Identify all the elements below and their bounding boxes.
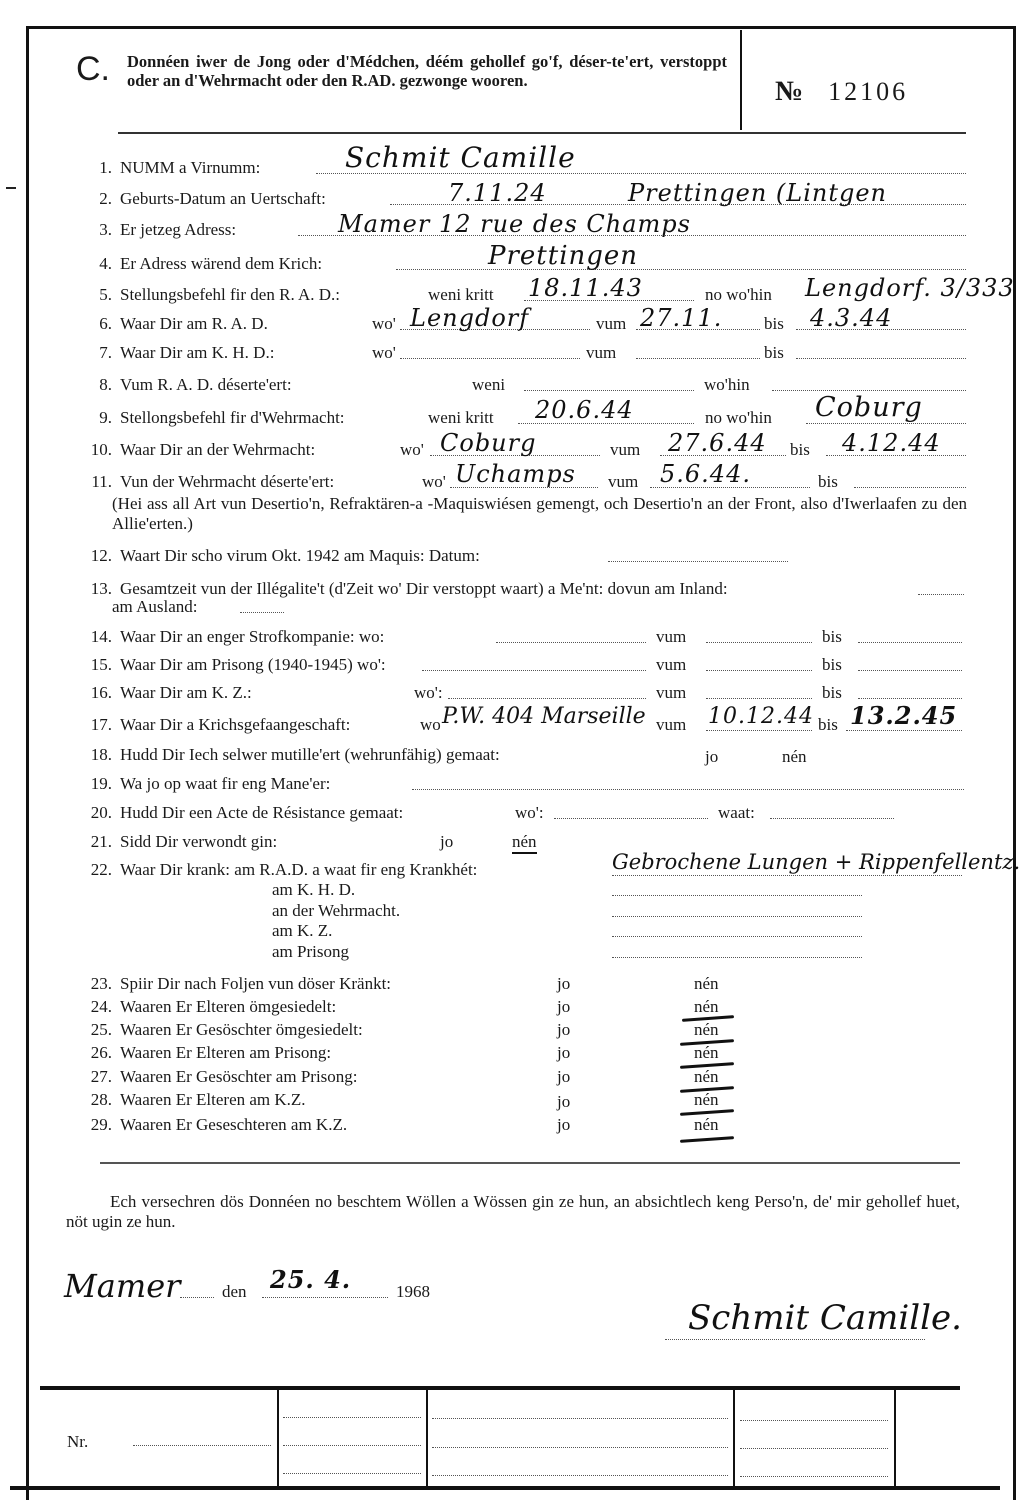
answer-rad-to[interactable]: 4.3.44 xyxy=(810,306,892,330)
from-label: vum xyxy=(608,472,638,492)
answer-line[interactable] xyxy=(612,894,862,896)
answer-wehrmacht-order-date[interactable]: 20.6.44 xyxy=(535,398,634,422)
from-label: vum xyxy=(656,627,686,647)
option-no-selected[interactable]: nén xyxy=(694,1090,719,1110)
table-cell-line[interactable] xyxy=(432,1417,728,1419)
from-label: vum xyxy=(656,683,686,703)
answer-line[interactable] xyxy=(608,560,788,562)
question-11: 11.Vun der Wehrmacht déserte'ert: xyxy=(76,472,334,492)
signature-line xyxy=(665,1338,925,1340)
when-label: weni xyxy=(472,375,505,395)
answer-line[interactable] xyxy=(858,641,962,643)
question-7: 7.Waar Dir am K. H. D.: xyxy=(76,343,274,363)
answer-current-address[interactable]: Mamer 12 rue des Champs xyxy=(338,212,691,236)
to-label: bis xyxy=(822,627,842,647)
answer-pow-from[interactable]: 10.12.44 xyxy=(708,705,814,729)
margin-mark xyxy=(6,187,16,189)
from-label: vum xyxy=(586,343,616,363)
nr-field-line[interactable] xyxy=(133,1444,271,1446)
answer-line[interactable] xyxy=(554,817,708,819)
option-no-selected[interactable]: nén xyxy=(512,832,537,854)
question-29: 29.Waaren Er Geseschteren am K.Z. xyxy=(76,1115,347,1135)
answer-pow-place[interactable]: P.W. 404 Marseille xyxy=(442,705,646,729)
answer-war-address[interactable]: Prettingen xyxy=(488,244,638,268)
to-label: bis xyxy=(818,472,838,492)
answer-name[interactable]: Schmit Camille xyxy=(345,146,576,170)
header-rule xyxy=(118,132,966,134)
question-22: 22.Waar Dir krank: am R.A.D. a waat fir … xyxy=(76,860,477,880)
answer-wehrmacht-to[interactable]: 4.12.44 xyxy=(842,431,941,455)
question-17: 17.Waar Dir a Krichsgefaangeschaft: xyxy=(76,715,350,735)
answer-line[interactable] xyxy=(796,357,966,359)
from-label: vum xyxy=(610,440,640,460)
declaration-place[interactable]: Mamer xyxy=(64,1274,180,1298)
declaration-date[interactable]: 25. 4. xyxy=(270,1268,351,1292)
option-yes[interactable]: jo xyxy=(557,1115,570,1135)
where-label: no wo'hin xyxy=(705,408,772,428)
question-6: 6.Waar Dir am R. A. D. xyxy=(76,314,268,334)
where-label: wo' xyxy=(400,440,424,460)
from-label: vum xyxy=(596,314,626,334)
table-cell-line[interactable] xyxy=(740,1419,888,1421)
section-divider xyxy=(100,1162,960,1164)
option-yes[interactable]: jo xyxy=(557,1043,570,1063)
answer-rad-order-date[interactable]: 18.11.43 xyxy=(528,276,643,300)
answer-line[interactable] xyxy=(770,817,894,819)
declaration-year: 1968 xyxy=(396,1282,430,1302)
answer-rad-order-place[interactable]: Lengdorf. 3/333 xyxy=(805,276,1015,300)
table-top-rule xyxy=(40,1386,960,1390)
from-label: vum xyxy=(656,655,686,675)
question-8: 8.Vum R. A. D. déserte'ert: xyxy=(76,375,292,395)
question-3: 3.Er jetzeg Adress: xyxy=(76,220,236,240)
option-yes[interactable]: jo xyxy=(705,747,718,767)
answer-line xyxy=(180,1296,214,1298)
answer-rad-from[interactable]: 27.11. xyxy=(640,306,722,330)
where-label: wo' xyxy=(372,343,396,363)
abroad-label: am Ausland: xyxy=(112,597,197,617)
table-cell-line[interactable] xyxy=(283,1416,421,1418)
answer-line[interactable] xyxy=(706,669,812,671)
when-label: weni kritt xyxy=(428,285,494,305)
to-label: bis xyxy=(764,343,784,363)
where-label: wo': xyxy=(414,683,443,703)
option-yes[interactable]: jo xyxy=(557,974,570,994)
question-1: 1.NUMM a Virnumm: xyxy=(76,158,260,178)
answer-wehrmacht-from[interactable]: 27.6.44 xyxy=(668,431,767,455)
option-yes[interactable]: jo xyxy=(557,1092,570,1112)
answer-line xyxy=(706,729,812,731)
question-28: 28.Waaren Er Elteren am K.Z. xyxy=(76,1090,306,1110)
when-label: weni kritt xyxy=(428,408,494,428)
answer-line[interactable] xyxy=(706,697,812,699)
where-label: wo'hin xyxy=(704,375,750,395)
question-26: 26.Waaren Er Elteren am Prisong: xyxy=(76,1043,331,1063)
answer-line[interactable] xyxy=(918,593,964,595)
question-20: 20.Hudd Dir een Acte de Résistance gemaa… xyxy=(76,803,403,823)
option-yes[interactable]: jo xyxy=(557,997,570,1017)
illness-prison-label: am Prisong xyxy=(272,942,349,962)
to-label: bis xyxy=(818,715,838,735)
answer-birth-date[interactable]: 7.11.24 xyxy=(448,181,547,205)
illness-wehrmacht-label: an der Wehrmacht. xyxy=(272,901,400,921)
answer-line[interactable] xyxy=(612,935,862,937)
question-12: 12.Waart Dir scho virum Okt. 1942 am Maq… xyxy=(76,546,480,566)
date-label: den xyxy=(222,1282,247,1302)
option-yes[interactable]: jo xyxy=(557,1067,570,1087)
table-divider xyxy=(733,1390,735,1486)
answer-line[interactable] xyxy=(636,357,760,359)
question-5: 5.Stellungsbefehl fir den R. A. D.: xyxy=(76,285,340,305)
question-16: 16.Waar Dir am K. Z.: xyxy=(76,683,252,703)
answer-line[interactable] xyxy=(496,641,646,643)
answer-line[interactable] xyxy=(854,486,966,488)
answer-line[interactable] xyxy=(612,915,862,917)
option-no-selected[interactable]: nén xyxy=(694,997,719,1017)
where-label: wo' xyxy=(372,314,396,334)
question-24: 24.Waaren Er Elteren ömgesiedelt: xyxy=(76,997,336,1017)
to-label: bis xyxy=(764,314,784,334)
answer-desertion-from[interactable]: 5.6.44. xyxy=(660,462,751,486)
section-letter: C. xyxy=(76,52,110,86)
answer-line xyxy=(612,874,962,876)
table-cell-line[interactable] xyxy=(740,1475,888,1477)
answer-line xyxy=(262,1296,388,1298)
answer-line[interactable] xyxy=(448,697,646,699)
option-yes[interactable]: jo xyxy=(557,1020,570,1040)
nr-label: Nr. xyxy=(67,1432,88,1452)
where-label: wo': xyxy=(515,803,544,823)
table-cell-line[interactable] xyxy=(432,1446,728,1448)
question-9: 9.Stellongsbefehl fir d'Wehrmacht: xyxy=(76,408,345,428)
question-27: 27.Waaren Er Gesöschter am Prisong: xyxy=(76,1067,358,1087)
option-no[interactable]: nén xyxy=(782,747,807,767)
answer-line[interactable] xyxy=(400,357,580,359)
question-13: 13.Gesamtzeit vun der Illégalite't (d'Ze… xyxy=(76,579,728,599)
answer-line[interactable] xyxy=(858,697,962,699)
table-cell-line[interactable] xyxy=(740,1447,888,1449)
table-cell-line[interactable] xyxy=(283,1444,421,1446)
option-no-selected[interactable]: nén xyxy=(694,1043,719,1063)
illness-kz-label: am K. Z. xyxy=(272,921,332,941)
option-no-selected[interactable]: nén xyxy=(694,1115,719,1135)
option-no-selected[interactable]: nén xyxy=(694,1067,719,1087)
answer-wehrmacht-order-place[interactable]: Coburg xyxy=(815,396,923,420)
signature[interactable]: Schmit Camille. xyxy=(688,1306,962,1330)
to-label: bis xyxy=(790,440,810,460)
answer-illness[interactable]: Gebrochene Lungen + Rippenfellentz. xyxy=(612,850,1020,874)
where-label: no wo'hin xyxy=(705,285,772,305)
from-label: vum xyxy=(656,715,686,735)
answer-rad-place[interactable]: Lengdorf xyxy=(410,306,529,330)
number-box-divider xyxy=(740,30,742,130)
answer-pow-to[interactable]: 13.2.45 xyxy=(850,704,957,728)
table-divider xyxy=(894,1390,896,1486)
question-19: 19.Wa jo op waat fir eng Mane'er: xyxy=(76,774,330,794)
question-10: 10.Waar Dir an der Wehrmacht: xyxy=(76,440,315,460)
question-15: 15.Waar Dir am Prisong (1940-1945) wo': xyxy=(76,655,386,675)
form-number-value: 12106 xyxy=(828,77,908,106)
answer-birth-place[interactable]: Prettingen (Lintgen xyxy=(628,181,887,205)
table-divider xyxy=(426,1390,428,1486)
desertion-note: (Hei ass all Art vun Desertio'n, Refrakt… xyxy=(112,494,967,534)
answer-line[interactable] xyxy=(524,389,694,391)
form-title: Donnéen iwer de Jong oder d'Médchen, déé… xyxy=(127,52,727,90)
numero-sign: № xyxy=(775,76,806,107)
answer-wehrmacht-place[interactable]: Coburg xyxy=(440,431,536,455)
question-18: 18.Hudd Dir Iech selwer mutille'ert (weh… xyxy=(76,745,500,765)
form-number: №12106 xyxy=(775,76,908,108)
question-25: 25.Waaren Er Gesöschter ömgesiedelt: xyxy=(76,1020,363,1040)
to-label: bis xyxy=(822,655,842,675)
question-21: 21.Sidd Dir verwondt gin: xyxy=(76,832,277,852)
answer-desertion-place[interactable]: Uchamps xyxy=(455,462,576,486)
table-divider xyxy=(277,1390,279,1486)
option-no[interactable]: nén xyxy=(694,974,719,994)
where-label: wo xyxy=(420,715,441,735)
question-2: 2.Geburts-Datum an Uertschaft: xyxy=(76,189,326,209)
what-label: waat: xyxy=(718,803,755,823)
table-cell-line[interactable] xyxy=(432,1474,728,1476)
answer-line[interactable] xyxy=(422,669,646,671)
option-yes[interactable]: jo xyxy=(440,832,453,852)
answer-line[interactable] xyxy=(858,669,962,671)
answer-line xyxy=(396,268,966,270)
option-no-selected[interactable]: nén xyxy=(694,1020,719,1040)
office-use-table: Nr. xyxy=(40,1386,960,1486)
to-label: bis xyxy=(822,683,842,703)
table-bottom-rule xyxy=(10,1486,1000,1490)
declaration-text: Ech versechren dös Donnéen no beschtem W… xyxy=(66,1192,960,1232)
answer-line[interactable] xyxy=(612,956,862,958)
question-14: 14.Waar Dir an enger Strofkompanie: wo: xyxy=(76,627,384,647)
answer-line[interactable] xyxy=(412,788,964,790)
answer-line[interactable] xyxy=(240,611,284,613)
answer-line[interactable] xyxy=(772,389,966,391)
answer-line[interactable] xyxy=(706,641,812,643)
illness-khd-label: am K. H. D. xyxy=(272,880,355,900)
table-cell-line[interactable] xyxy=(283,1472,421,1474)
where-label: wo' xyxy=(422,472,446,492)
question-4: 4.Er Adress wärend dem Krich: xyxy=(76,254,322,274)
question-23: 23.Spiir Dir nach Foljen vun döser Kränk… xyxy=(76,974,391,994)
